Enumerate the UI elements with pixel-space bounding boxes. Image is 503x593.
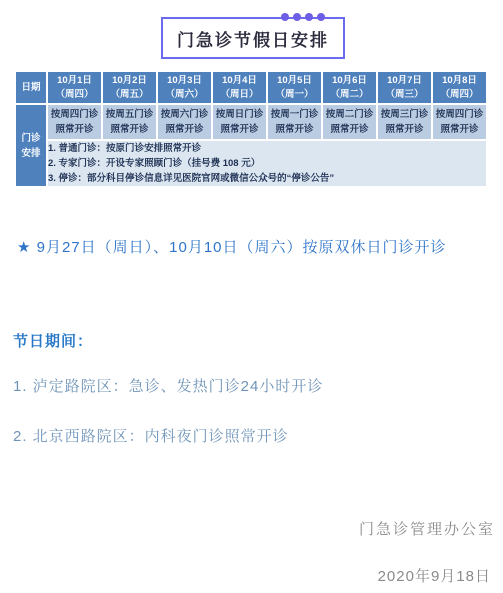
weekday-label: （周一） [268,88,321,102]
notice-page: 门急诊节假日安排 日期 10月1日 （周四） 10月2日 （周五） 10月3日 … [0,0,503,593]
table-date-header: 10月4日 （周日） [213,72,266,103]
table-header-row: 日期 10月1日 （周四） 10月2日 （周五） 10月3日 （周六） 10月4… [16,72,486,103]
holiday-item-luding: 1. 泸定路院区：急诊、发热门诊24小时开诊 [13,375,323,396]
table-row-header: 门诊 安排 [16,105,46,186]
dot-icon [305,13,313,21]
table-arrangement-cell: 按周四门诊 照常开诊 [48,105,101,139]
table-arrangement-cell: 按周二门诊 照常开诊 [323,105,376,139]
table-date-header: 10月7日 （周三） [378,72,431,103]
note-line: 1. 普通门诊：按原门诊安排照常开诊 [48,141,486,156]
dot-icon [281,13,289,21]
arrangement-label: 照常开诊 [323,122,376,137]
arrangement-label: 按周五门诊 [103,107,156,122]
arrangement-label: 按周日门诊 [213,107,266,122]
table-notes-cell: 1. 普通门诊：按原门诊安排照常开诊 2. 专家门诊：开设专家照顾门诊（挂号费 … [48,141,486,186]
arrangement-label: 按周三门诊 [378,107,431,122]
arrangement-label: 按周四门诊 [433,107,486,122]
date-label: 10月6日 [323,74,376,88]
arrangement-label: 按周六门诊 [158,107,211,122]
table-date-header: 10月5日 （周一） [268,72,321,103]
weekday-label: （周四） [433,88,486,102]
table-date-header: 10月3日 （周六） [158,72,211,103]
table-notes-row: 1. 普通门诊：按原门诊安排照常开诊 2. 专家门诊：开设专家照顾门诊（挂号费 … [16,141,486,186]
date-label: 10月1日 [48,74,101,88]
date-label: 10月7日 [378,74,431,88]
table-arrangement-cell: 按周日门诊 照常开诊 [213,105,266,139]
signature-office: 门急诊管理办公室 [359,518,495,539]
date-label: 10月4日 [213,74,266,88]
weekday-label: （周六） [158,88,211,102]
arrangement-label: 照常开诊 [268,122,321,137]
arrangement-label: 照常开诊 [48,122,101,137]
note-line: 2. 专家门诊：开设专家照顾门诊（挂号费 108 元） [48,156,486,171]
table-date-header: 10月8日 （周四） [433,72,486,103]
date-label: 10月2日 [103,74,156,88]
weekday-label: （周三） [378,88,431,102]
date-label: 10月8日 [433,74,486,88]
table-arrangement-cell: 按周五门诊 照常开诊 [103,105,156,139]
weekday-label: （周四） [48,88,101,102]
arrangement-label: 照常开诊 [213,122,266,137]
arrangement-label: 照常开诊 [433,122,486,137]
title-box: 门急诊节假日安排 [161,17,345,59]
table-date-header: 10月6日 （周二） [323,72,376,103]
arrangement-label: 按周一门诊 [268,107,321,122]
table-arrangement-cell: 按周六门诊 照常开诊 [158,105,211,139]
weekday-label: （周二） [323,88,376,102]
row-header-label: 安排 [16,146,46,161]
table-date-header: 10月1日 （周四） [48,72,101,103]
page-title: 门急诊节假日安排 [177,26,329,51]
dots-decoration [281,13,325,21]
date-label: 10月5日 [268,74,321,88]
row-header-label: 门诊 [16,131,46,146]
table-arrangement-cell: 按周三门诊 照常开诊 [378,105,431,139]
table-corner-cell: 日期 [16,72,46,103]
weekday-label: （周日） [213,88,266,102]
weekday-label: （周五） [103,88,156,102]
table-arrangement-row: 门诊 安排 按周四门诊 照常开诊 按周五门诊 照常开诊 按周六门诊 照常开诊 按… [16,105,486,139]
note-line: 3. 停诊：部分科目停诊信息详见医院官网或微信公众号的“停诊公告” [48,171,486,186]
arrangement-label: 按周四门诊 [48,107,101,122]
arrangement-label: 照常开诊 [158,122,211,137]
table-arrangement-cell: 按周一门诊 照常开诊 [268,105,321,139]
star-highlight-note: ★ 9月27日（周日）、10月10日（周六）按原双休日门诊开诊 [17,236,447,257]
arrangement-label: 照常开诊 [378,122,431,137]
arrangement-label: 照常开诊 [103,122,156,137]
holiday-schedule-table: 日期 10月1日 （周四） 10月2日 （周五） 10月3日 （周六） 10月4… [14,70,488,188]
dot-icon [317,13,325,21]
signature-date: 2020年9月18日 [378,565,491,586]
table-arrangement-cell: 按周四门诊 照常开诊 [433,105,486,139]
arrangement-label: 按周二门诊 [323,107,376,122]
date-label: 10月3日 [158,74,211,88]
table-date-header: 10月2日 （周五） [103,72,156,103]
holiday-item-beijing-west: 2. 北京西路院区：内科夜门诊照常开诊 [13,425,289,446]
holiday-section-heading: 节日期间： [13,330,93,351]
dot-icon [293,13,301,21]
